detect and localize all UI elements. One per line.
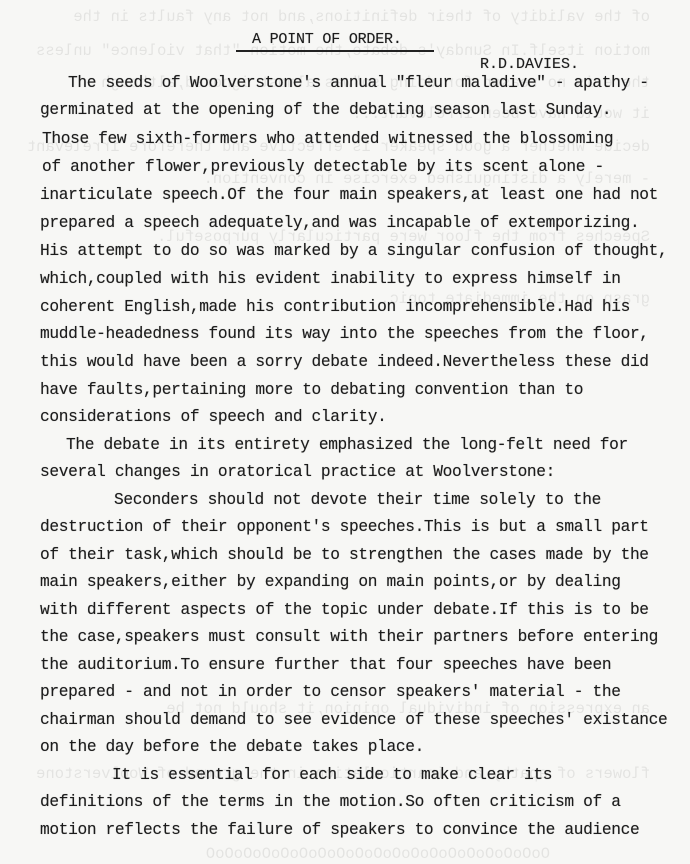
text-line: definitions of the terms in the motion.S… bbox=[40, 793, 621, 811]
text-line: this would have been a sorry debate inde… bbox=[40, 353, 649, 371]
text-line: The seeds of Woolverstone's annual "fleu… bbox=[68, 74, 649, 92]
text-line: Seconders should not devote their time s… bbox=[114, 491, 601, 509]
text-line: inarticulate speech.Of the four main spe… bbox=[40, 186, 658, 204]
document-author: R.D.DAVIES. bbox=[480, 56, 579, 73]
text-line: which,coupled with his evident inability… bbox=[40, 270, 621, 288]
text-line: muddle-headedness found its way into the… bbox=[40, 325, 649, 343]
text-line: with different aspects of the topic unde… bbox=[40, 601, 649, 619]
text-line: The debate in its entirety emphasized th… bbox=[66, 436, 628, 454]
title-underline bbox=[236, 50, 434, 52]
text-line: considerations of speech and clarity. bbox=[40, 408, 386, 426]
text-line: chairman should demand to see evidence o… bbox=[40, 711, 667, 729]
text-line: main speakers,either by expanding on mai… bbox=[40, 573, 621, 591]
typewritten-page: A POINT OF ORDER. R.D.DAVIES. The seeds … bbox=[0, 0, 690, 864]
text-line: coherent English,made his contribution i… bbox=[40, 298, 630, 316]
text-line: Those few sixth-formers who attended wit… bbox=[42, 130, 613, 148]
text-line: of another flower,previously detectable … bbox=[42, 158, 604, 176]
text-line: prepared a speech adequately,and was inc… bbox=[40, 214, 639, 232]
text-line: motion reflects the failure of speakers … bbox=[40, 821, 639, 839]
text-line: It is essential for each side to make cl… bbox=[112, 766, 552, 784]
text-line: prepared - and not in order to censor sp… bbox=[40, 683, 621, 701]
text-line: germinated at the opening of the debatin… bbox=[40, 101, 611, 119]
text-line: the case,speakers must consult with thei… bbox=[40, 628, 658, 646]
text-line: of their task,which should be to strengt… bbox=[40, 546, 649, 564]
text-line: have faults,pertaining more to debating … bbox=[40, 381, 583, 399]
text-line: destruction of their opponent's speeches… bbox=[40, 518, 649, 536]
text-line: on the day before the debate takes place… bbox=[40, 738, 424, 756]
text-line: His attempt to do so was marked by a sin… bbox=[40, 242, 667, 260]
text-line: several changes in oratorical practice a… bbox=[40, 463, 555, 481]
text-line: the auditorium.To ensure further that fo… bbox=[40, 656, 611, 674]
document-title: A POINT OF ORDER. bbox=[252, 31, 402, 48]
